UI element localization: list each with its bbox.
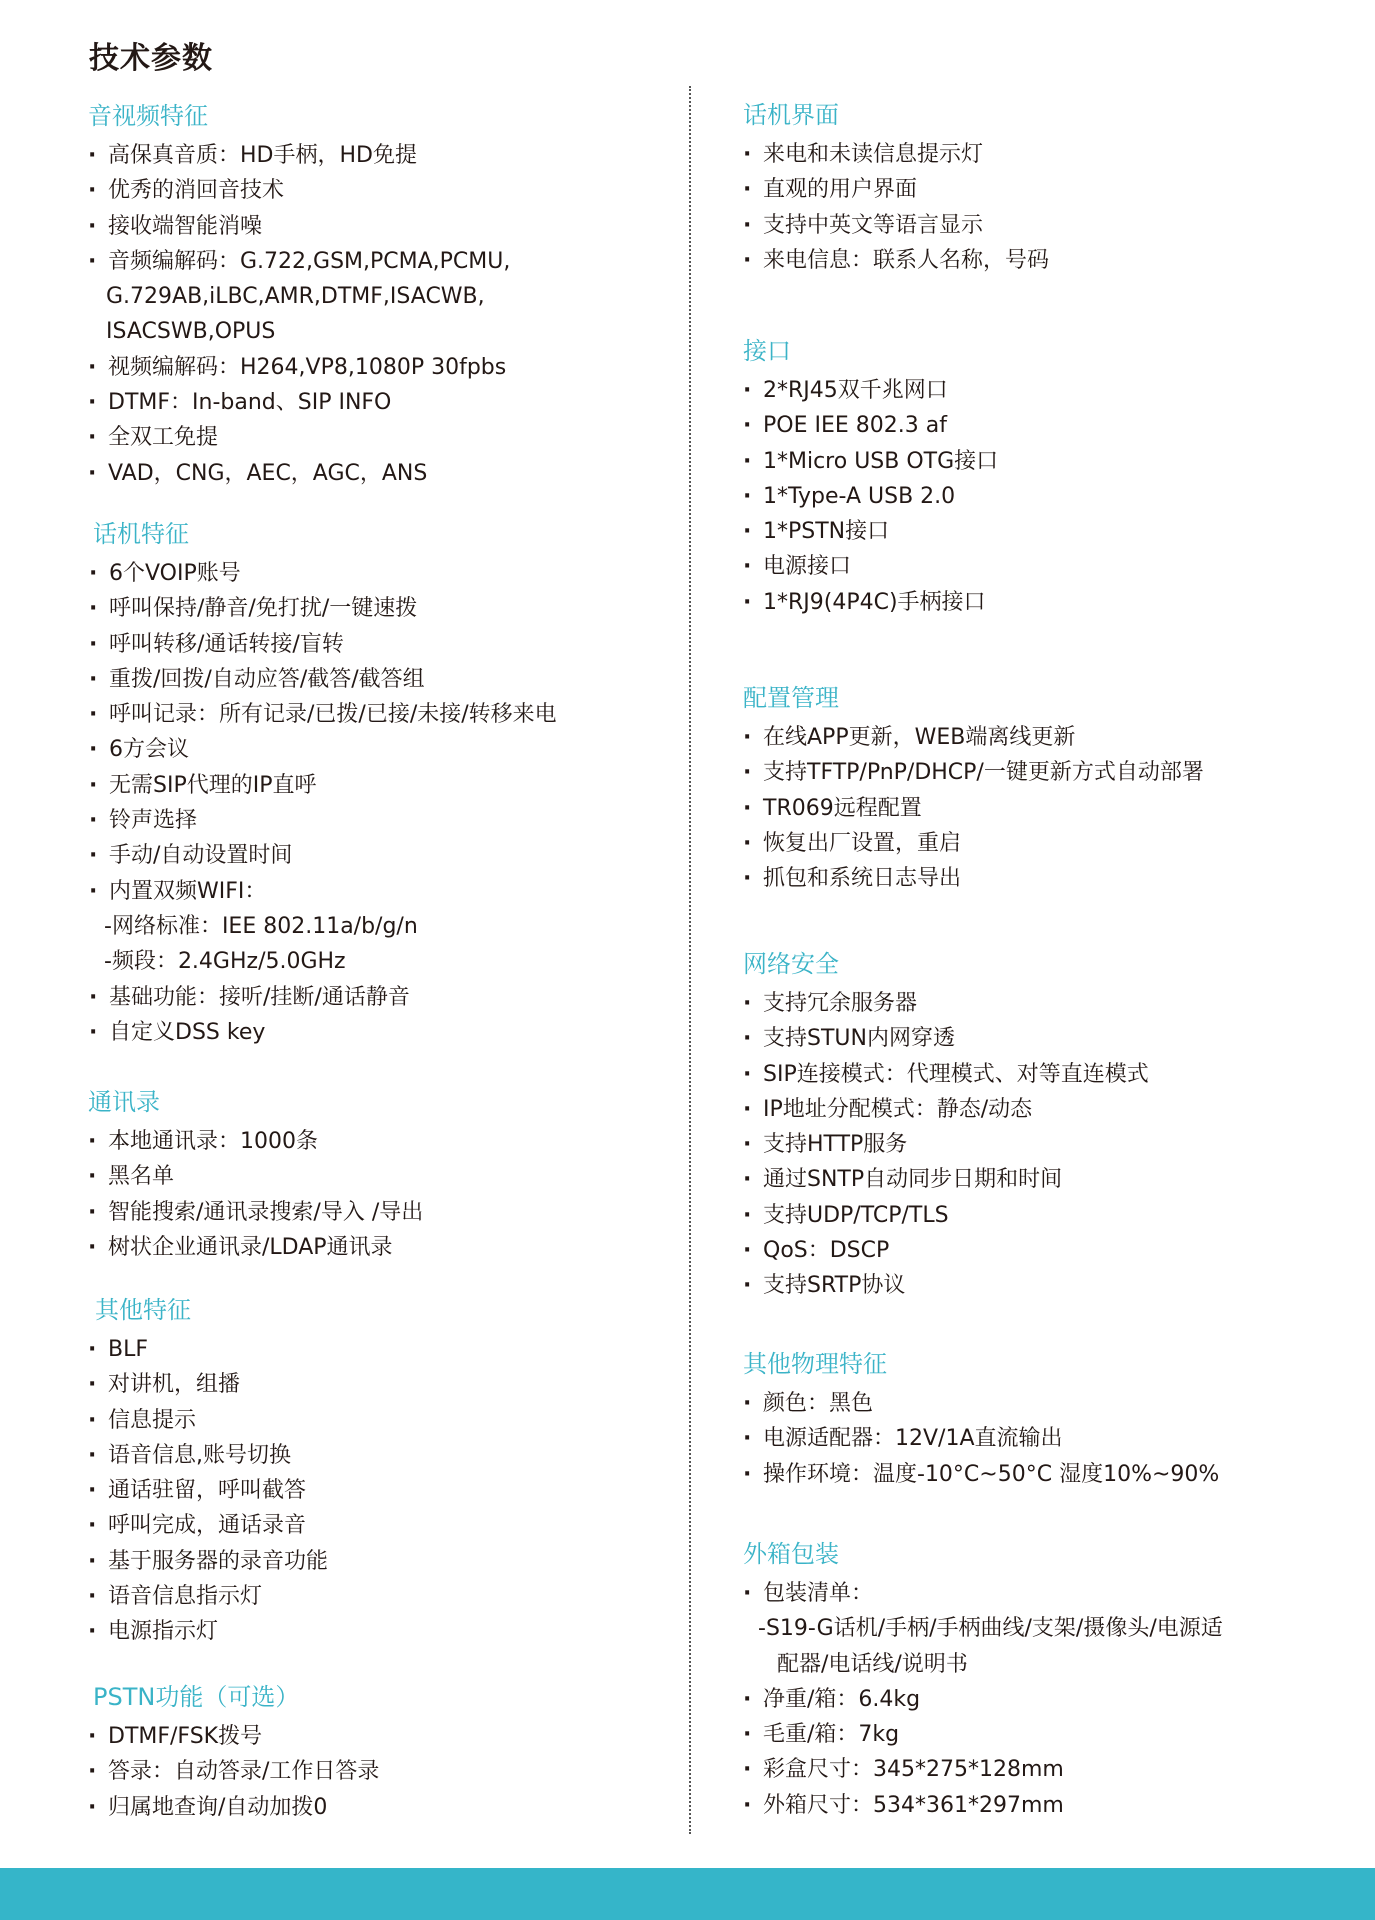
page-title: 技术参数	[89, 40, 213, 78]
list-item: 支持HTTP服务	[743, 1127, 1149, 1162]
list-item: 操作环境：温度-10°C~50°C 湿度10%~90%	[743, 1457, 1219, 1492]
list-item: 支持SRTP协议	[743, 1268, 1149, 1303]
list-item: 视频编解码：H264,VP8,1080P 30fpbs	[88, 350, 510, 385]
section-pstn: PSTN功能（可选） DTMF/FSK拨号 答录：自动答录/工作日答录 归属地查…	[93, 1682, 379, 1825]
list-item: 支持UDP/TCP/TLS	[743, 1198, 1149, 1233]
list-item: 支持TFTP/PnP/DHCP/一键更新方式自动部署	[743, 755, 1204, 790]
list-item: IP地址分配模式：静态/动态	[743, 1092, 1149, 1127]
list-item: TR069远程配置	[743, 791, 1204, 826]
list-item: 无需SIP代理的IP直呼	[89, 768, 557, 803]
section-packaging: 外箱包装 包装清单： -S19-G话机/手柄/手柄曲线/支架/摄像头/电源适 配…	[743, 1539, 1223, 1823]
list-item: 通过SNTP自动同步日期和时间	[743, 1162, 1149, 1197]
list-item: 直观的用户界面	[743, 172, 1049, 207]
list-item: 呼叫保持/静音/免打扰/一键速拨	[89, 591, 557, 626]
section-heading: 音视频特征	[88, 101, 510, 131]
list-subitem: -网络标准：IEE 802.11a/b/g/n	[89, 909, 557, 944]
list-item: 树状企业通讯录/LDAP通讯录	[88, 1230, 423, 1265]
spec-list: DTMF/FSK拨号 答录：自动答录/工作日答录 归属地查询/自动加拨0	[88, 1719, 379, 1825]
spec-list: 在线APP更新，WEB端离线更新 支持TFTP/PnP/DHCP/一键更新方式自…	[743, 720, 1204, 896]
list-subitem: -S19-G话机/手柄/手柄曲线/支架/摄像头/电源适	[743, 1611, 1223, 1646]
section-heading: PSTN功能（可选）	[93, 1682, 379, 1712]
list-item: 1*Micro USB OTG接口	[743, 444, 998, 479]
section-heading: 配置管理	[743, 683, 1204, 713]
section-contacts: 通讯录 本地通讯录：1000条 黑名单 智能搜索/通讯录搜索/导入 /导出 树状…	[88, 1087, 423, 1265]
section-heading: 其他物理特征	[743, 1349, 1219, 1379]
list-item-continuation: ISACSWB,OPUS	[88, 314, 510, 349]
list-item: 呼叫转移/通话转接/盲转	[89, 627, 557, 662]
spec-list: 颜色：黑色 电源适配器：12V/1A直流输出 操作环境：温度-10°C~50°C…	[743, 1386, 1219, 1492]
section-heading: 网络安全	[743, 949, 1149, 979]
list-item: 在线APP更新，WEB端离线更新	[743, 720, 1204, 755]
list-item: 重拨/回拨/自动应答/截答/截答组	[89, 662, 557, 697]
list-item: 归属地查询/自动加拨0	[88, 1790, 379, 1825]
list-item: 毛重/箱：7kg	[743, 1717, 1223, 1752]
list-item: 彩盒尺寸：345*275*128mm	[743, 1752, 1223, 1787]
list-item: SIP连接模式：代理模式、对等直连模式	[743, 1057, 1149, 1092]
list-item: 支持冗余服务器	[743, 986, 1149, 1021]
section-heading: 外箱包装	[743, 1539, 1223, 1569]
spec-list: 包装清单： -S19-G话机/手柄/手柄曲线/支架/摄像头/电源适 配器/电话线…	[743, 1576, 1223, 1823]
list-item: 呼叫完成，通话录音	[88, 1508, 328, 1543]
section-config-management: 配置管理 在线APP更新，WEB端离线更新 支持TFTP/PnP/DHCP/一键…	[743, 683, 1204, 896]
list-item: 支持STUN内网穿透	[743, 1021, 1149, 1056]
list-item: 电源适配器：12V/1A直流输出	[743, 1421, 1219, 1456]
column-divider	[689, 86, 691, 1834]
list-item: BLF	[88, 1332, 328, 1367]
list-item: 支持中英文等语言显示	[743, 208, 1049, 243]
list-item: 来电和未读信息提示灯	[743, 137, 1049, 172]
list-item: 6方会议	[89, 732, 557, 767]
list-item: 优秀的消回音技术	[88, 173, 510, 208]
list-item: 恢复出厂设置，重启	[743, 826, 1204, 861]
list-item: 黑名单	[88, 1159, 423, 1194]
list-item: 1*Type-A USB 2.0	[743, 479, 998, 514]
list-item: POE IEE 802.3 af	[743, 408, 998, 443]
list-item: 全双工免提	[88, 420, 510, 455]
list-item: 本地通讯录：1000条	[88, 1124, 423, 1159]
list-item: 内置双频WIFI：	[89, 874, 557, 909]
spec-list: 高保真音质：HD手柄，HD免提 优秀的消回音技术 接收端智能消噪 音频编解码：G…	[88, 138, 510, 491]
list-item: 电源指示灯	[88, 1614, 328, 1649]
section-interfaces: 接口 2*RJ45双千兆网口 POE IEE 802.3 af 1*Micro …	[743, 336, 998, 620]
list-item: 基础功能：接听/挂断/通话静音	[89, 980, 557, 1015]
list-item: 包装清单：	[743, 1576, 1223, 1611]
list-item: 6个VOIP账号	[89, 556, 557, 591]
section-physical-features: 其他物理特征 颜色：黑色 电源适配器：12V/1A直流输出 操作环境：温度-10…	[743, 1349, 1219, 1492]
list-item: 对讲机，组播	[88, 1367, 328, 1402]
section-network-security: 网络安全 支持冗余服务器 支持STUN内网穿透 SIP连接模式：代理模式、对等直…	[743, 949, 1149, 1304]
list-item: 音频编解码：G.722,GSM,PCMA,PCMU,	[88, 244, 510, 279]
section-phone-interface: 话机界面 来电和未读信息提示灯 直观的用户界面 支持中英文等语言显示 来电信息：…	[743, 100, 1049, 278]
spec-list: 来电和未读信息提示灯 直观的用户界面 支持中英文等语言显示 来电信息：联系人名称…	[743, 137, 1049, 278]
list-item: 呼叫记录：所有记录/已拨/已接/未接/转移来电	[89, 697, 557, 732]
list-item: 2*RJ45双千兆网口	[743, 373, 998, 408]
list-item: 通话驻留，呼叫截答	[88, 1473, 328, 1508]
section-heading: 其他特征	[95, 1295, 328, 1325]
list-item: QoS：DSCP	[743, 1233, 1149, 1268]
footer-accent-band	[0, 1868, 1375, 1920]
section-phone-features: 话机特征 6个VOIP账号 呼叫保持/静音/免打扰/一键速拨 呼叫转移/通话转接…	[93, 519, 557, 1050]
list-item-continuation: G.729AB,iLBC,AMR,DTMF,ISACWB,	[88, 279, 510, 314]
list-item: 1*PSTN接口	[743, 514, 998, 549]
list-item: 抓包和系统日志导出	[743, 861, 1204, 896]
section-heading: 接口	[743, 336, 998, 366]
list-item: 高保真音质：HD手柄，HD免提	[88, 138, 510, 173]
spec-list: 支持冗余服务器 支持STUN内网穿透 SIP连接模式：代理模式、对等直连模式 I…	[743, 986, 1149, 1304]
list-item: DTMF：In-band、SIP INFO	[88, 385, 510, 420]
list-item: 智能搜索/通讯录搜索/导入 /导出	[88, 1195, 423, 1230]
list-item: 自定义DSS key	[89, 1015, 557, 1050]
section-heading: 通讯录	[88, 1087, 423, 1117]
list-item: 接收端智能消噪	[88, 209, 510, 244]
list-item: 语音信息,账号切换	[88, 1438, 328, 1473]
list-item: 基于服务器的录音功能	[88, 1544, 328, 1579]
section-other-features: 其他特征 BLF 对讲机，组播 信息提示 语音信息,账号切换 通话驻留，呼叫截答…	[95, 1295, 328, 1650]
list-item: 手动/自动设置时间	[89, 838, 557, 873]
spec-list: 6个VOIP账号 呼叫保持/静音/免打扰/一键速拨 呼叫转移/通话转接/盲转 重…	[89, 556, 557, 1050]
list-item: VAD，CNG，AEC，AGC，ANS	[88, 456, 510, 491]
list-item: 铃声选择	[89, 803, 557, 838]
spec-list: 2*RJ45双千兆网口 POE IEE 802.3 af 1*Micro USB…	[743, 373, 998, 620]
section-audio-video: 音视频特征 高保真音质：HD手柄，HD免提 优秀的消回音技术 接收端智能消噪 音…	[88, 101, 510, 491]
list-item: 净重/箱：6.4kg	[743, 1682, 1223, 1717]
list-item: 语音信息指示灯	[88, 1579, 328, 1614]
list-subitem: -频段：2.4GHz/5.0GHz	[89, 944, 557, 979]
list-item: 答录：自动答录/工作日答录	[88, 1754, 379, 1789]
list-item: 电源接口	[743, 549, 998, 584]
list-item: 1*RJ9(4P4C)手柄接口	[743, 585, 998, 620]
list-item: DTMF/FSK拨号	[88, 1719, 379, 1754]
list-item: 外箱尺寸：534*361*297mm	[743, 1788, 1223, 1823]
list-item: 来电信息：联系人名称，号码	[743, 243, 1049, 278]
list-item: 信息提示	[88, 1403, 328, 1438]
list-item: 颜色：黑色	[743, 1386, 1219, 1421]
list-item-continuation: 配器/电话线/说明书	[743, 1647, 1223, 1682]
section-heading: 话机特征	[93, 519, 557, 549]
spec-list: BLF 对讲机，组播 信息提示 语音信息,账号切换 通话驻留，呼叫截答 呼叫完成…	[88, 1332, 328, 1650]
spec-list: 本地通讯录：1000条 黑名单 智能搜索/通讯录搜索/导入 /导出 树状企业通讯…	[88, 1124, 423, 1265]
section-heading: 话机界面	[743, 100, 1049, 130]
